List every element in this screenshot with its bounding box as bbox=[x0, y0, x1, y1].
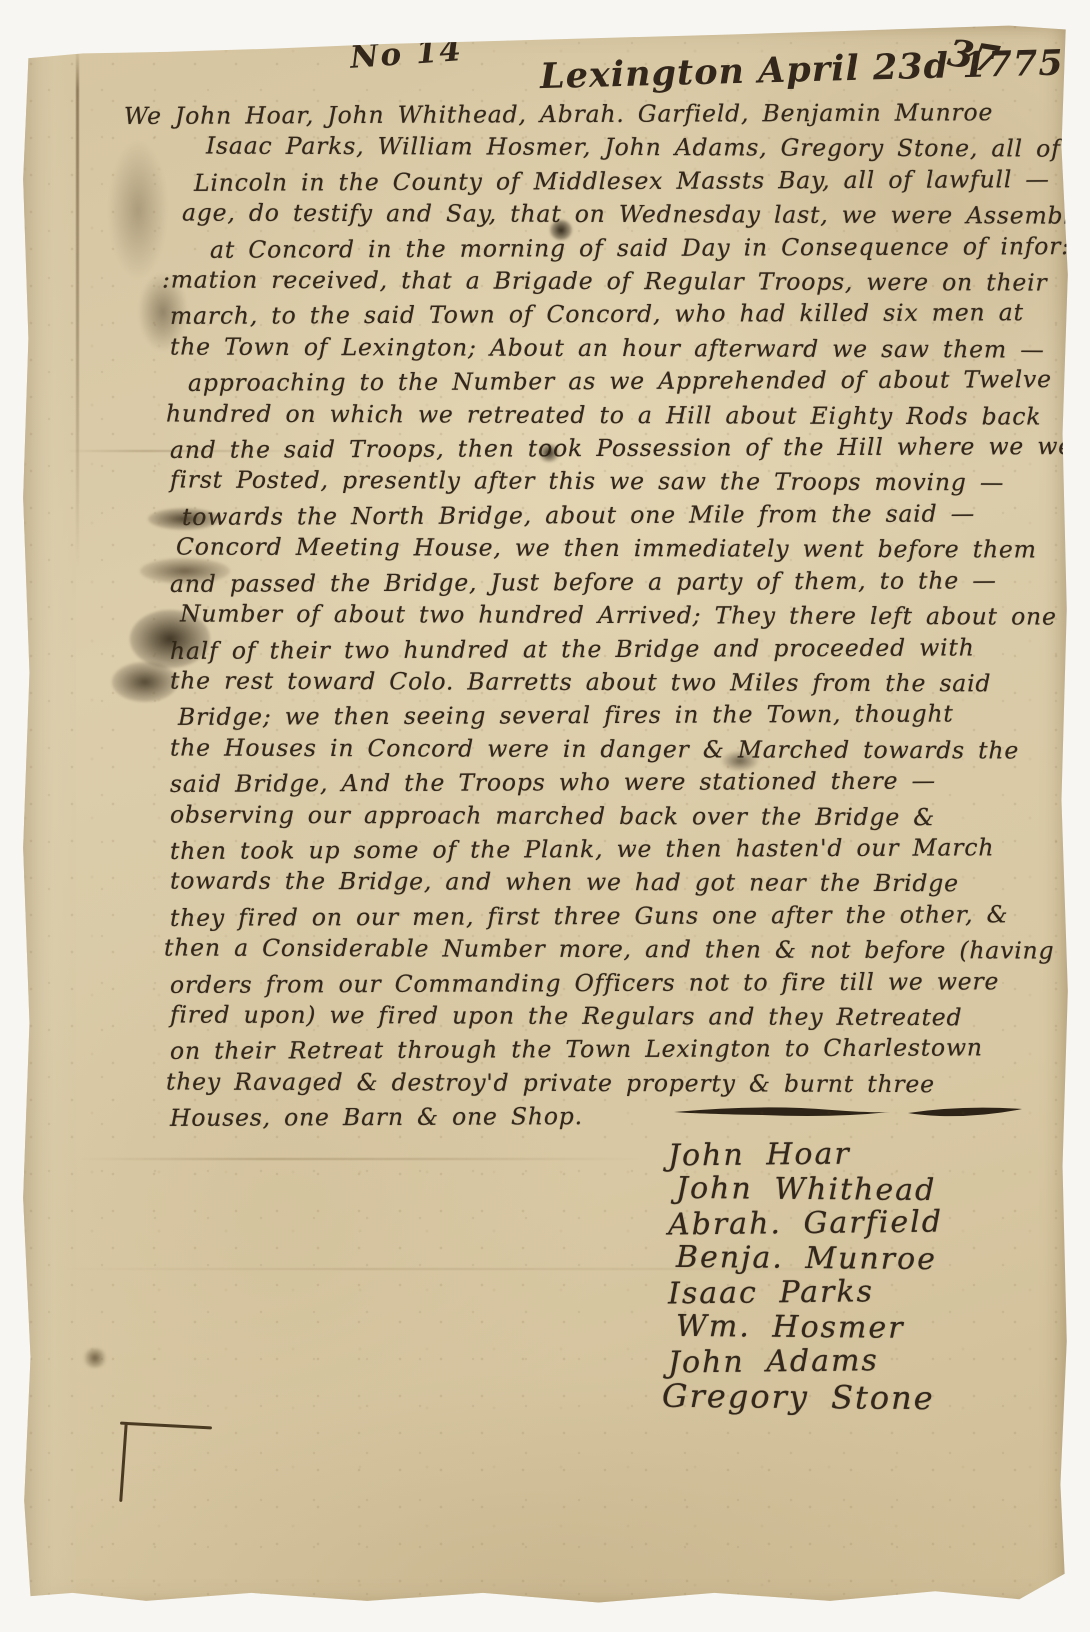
manuscript-line: on their Retreat through the Town Lexing… bbox=[170, 1031, 1040, 1068]
closing-flourish bbox=[672, 1098, 1024, 1124]
manuscript-line: and passed the Bridge, Just before a par… bbox=[170, 564, 1040, 601]
signature: Wm. Hosmer bbox=[676, 1309, 943, 1346]
manuscript-line: Number of about two hundred Arrived; The… bbox=[180, 598, 1040, 634]
ink-smudge bbox=[112, 662, 178, 702]
manuscript-line: We John Hoar, John Whithead, Abrah. Garf… bbox=[124, 96, 1040, 133]
manuscript-line: approaching to the Number as we Apprehen… bbox=[188, 363, 1040, 400]
ink-blot bbox=[720, 750, 760, 772]
manuscript-line: then a Considerable Number more, and the… bbox=[164, 932, 1040, 968]
ink-blot bbox=[536, 444, 562, 462]
signature: Gregory Stone bbox=[662, 1378, 943, 1415]
manuscript-line: Lincoln in the County of Middlesex Masst… bbox=[194, 163, 1040, 200]
scan-background: No 14 Lexington April 23d 1775 37 We Joh… bbox=[0, 0, 1090, 1632]
pen-mark bbox=[120, 1422, 212, 1430]
manuscript-line: they Ravaged & destroy'd private propert… bbox=[166, 1065, 1040, 1101]
ink-blot bbox=[82, 1348, 108, 1368]
manuscript-line: Concord Meeting House, we then immediate… bbox=[176, 531, 1040, 567]
document-number: No 14 bbox=[349, 32, 464, 76]
manuscript-line: and the said Troops, then took Possessio… bbox=[170, 430, 1040, 467]
manuscript-line: half of their two hundred at the Bridge … bbox=[170, 631, 1040, 668]
signature: Benja. Munroe bbox=[676, 1240, 943, 1277]
manuscript-line: hundred on which we retreated to a Hill … bbox=[166, 397, 1040, 433]
manuscript-line: first Posted, presently after this we sa… bbox=[170, 464, 1040, 500]
page-number: 37 bbox=[945, 30, 1003, 82]
signature: John Hoar bbox=[668, 1137, 943, 1174]
ink-smudge bbox=[130, 610, 210, 668]
manuscript-line: :mation received, that a Brigade of Regu… bbox=[162, 263, 1040, 299]
signature-block: John Hoar John Whithead Abrah. Garfield … bbox=[668, 1138, 943, 1414]
manuscript-line: observing our approach marched back over… bbox=[170, 798, 1040, 834]
manuscript-line: march, to the said Town of Concord, who … bbox=[170, 297, 1040, 334]
ink-smudge bbox=[138, 272, 188, 352]
signature: John Adams bbox=[668, 1344, 943, 1381]
ink-smudge bbox=[148, 508, 220, 530]
manuscript-line: Bridge; we then seeing several fires in … bbox=[178, 697, 1040, 734]
manuscript-line: then took up some of the Plank, we then … bbox=[170, 831, 1040, 868]
manuscript-line: at Concord in the morning of said Day in… bbox=[210, 230, 1040, 267]
manuscript-page: No 14 Lexington April 23d 1775 37 We Joh… bbox=[20, 20, 1072, 1612]
paper-crease bbox=[80, 1158, 640, 1160]
manuscript-line: towards the Bridge, and when we had got … bbox=[170, 865, 1040, 901]
manuscript-line: said Bridge, And the Troops who were sta… bbox=[170, 764, 1040, 801]
show-through-stain bbox=[108, 140, 168, 280]
manuscript-line: towards the North Bridge, about one Mile… bbox=[182, 497, 1040, 534]
manuscript-line: the Town of Lexington; About an hour aft… bbox=[170, 330, 1040, 366]
signature: John Whithead bbox=[676, 1171, 943, 1208]
manuscript-line: Isaac Parks, William Hosmer, John Adams,… bbox=[206, 130, 1040, 166]
manuscript-line: the Houses in Concord were in danger & M… bbox=[170, 731, 1040, 767]
ink-blot bbox=[550, 220, 572, 240]
manuscript-line: fired upon) we fired upon the Regulars a… bbox=[170, 998, 1040, 1034]
dateline: Lexington April 23d 1775 bbox=[540, 44, 1011, 97]
manuscript-line: the rest toward Colo. Barretts about two… bbox=[170, 664, 1040, 700]
manuscript-line: age, do testify and Say, that on Wednesd… bbox=[182, 197, 1040, 233]
ink-smudge bbox=[140, 558, 230, 584]
pen-mark bbox=[119, 1422, 128, 1502]
signature: Isaac Parks bbox=[668, 1275, 943, 1312]
signature: Abrah. Garfield bbox=[668, 1206, 943, 1243]
manuscript-line: orders from our Commanding Officers not … bbox=[170, 965, 1040, 1002]
manuscript-line: they fired on our men, first three Guns … bbox=[170, 898, 1040, 935]
